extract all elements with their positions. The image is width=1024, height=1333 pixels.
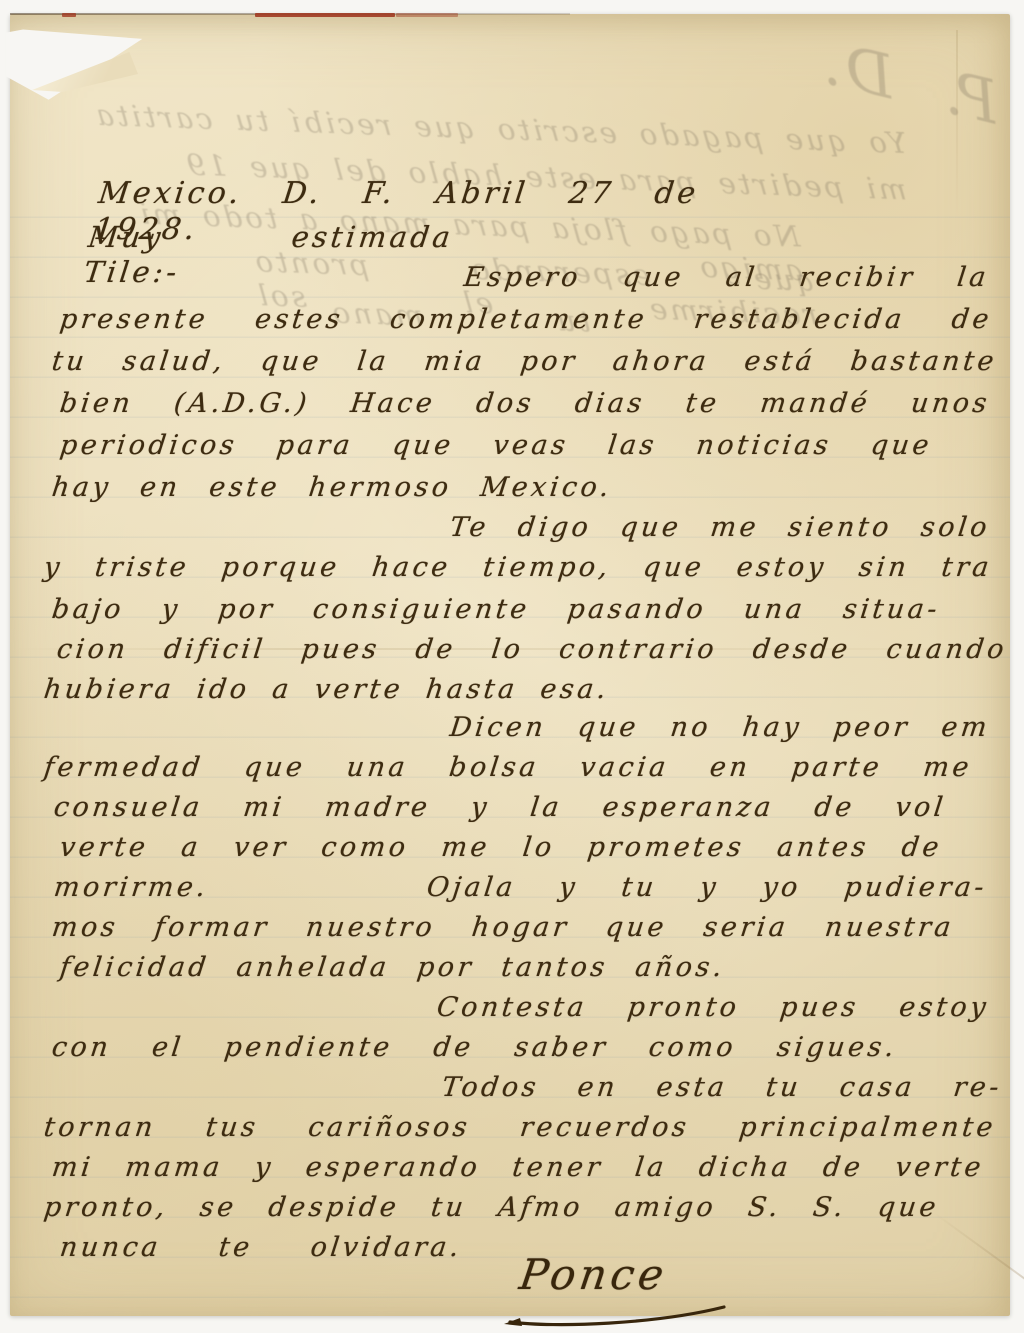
body-line: Te digo que me siento solo xyxy=(448,512,992,544)
body-line: con el pendiente de saber como sigues. xyxy=(50,1032,899,1064)
body-line: periodicos para que veas las noticias qu… xyxy=(58,430,934,462)
body-line: fermedad que una bolsa vacia en parte me xyxy=(42,752,974,784)
body-line: Contesta pronto pues estoy xyxy=(435,992,991,1024)
body-line: tu salud, que la mia por ahora está bast… xyxy=(50,346,999,378)
body-line: hay en este hermoso Mexico. xyxy=(50,472,614,504)
red-edge-mark xyxy=(396,13,458,17)
body-line: y triste porque hace tiempo, que estoy s… xyxy=(42,552,994,584)
body-line: bajo y por consiguiente pasando una situ… xyxy=(50,594,942,626)
body-line: pronto, se despide tu Afmo amigo S. S. q… xyxy=(42,1192,941,1224)
body-line: cion dificil pues de lo contrario desde … xyxy=(55,634,1009,666)
body-line: Dicen que no hay peor em xyxy=(448,712,992,744)
body-line: Todos en esta tu casa re- xyxy=(440,1072,1004,1104)
body-line: tornan tus cariñosos recuerdos principal… xyxy=(42,1112,998,1144)
body-line: Ojala y tu y yo pudiera- xyxy=(425,872,989,904)
scanned-letter-page: P. D.Yo que pagado escrito que recibí tu… xyxy=(0,0,1024,1333)
body-line: felicidad anhelada por tantos años. xyxy=(58,952,727,984)
red-edge-mark xyxy=(62,13,76,17)
body-line: mos formar nuestro hogar que seria nuest… xyxy=(50,912,956,944)
body-line: Espero que al recibir la xyxy=(462,262,991,294)
red-edge-mark xyxy=(255,13,395,17)
signature: Ponce xyxy=(517,1250,671,1299)
body-line: hubiera ido a verte hasta esa. xyxy=(42,674,611,706)
body-line: presente estes completamente restablecid… xyxy=(58,304,994,336)
body-line: nunca te olvidara. xyxy=(58,1232,464,1264)
body-line: verte a ver como me lo prometes antes de xyxy=(58,832,944,864)
body-line: bien (A.D.G.) Hace dos dias te mandé uno… xyxy=(58,388,992,420)
body-line: morirme. xyxy=(52,872,246,904)
body-line: consuela mi madre y la esperanza de vol xyxy=(52,792,948,824)
body-line: mi mama y esperando tener la dicha de ve… xyxy=(50,1152,986,1184)
salutation: Muy estimada Tile:- xyxy=(82,220,456,290)
signature-flourish-icon xyxy=(496,1300,731,1330)
